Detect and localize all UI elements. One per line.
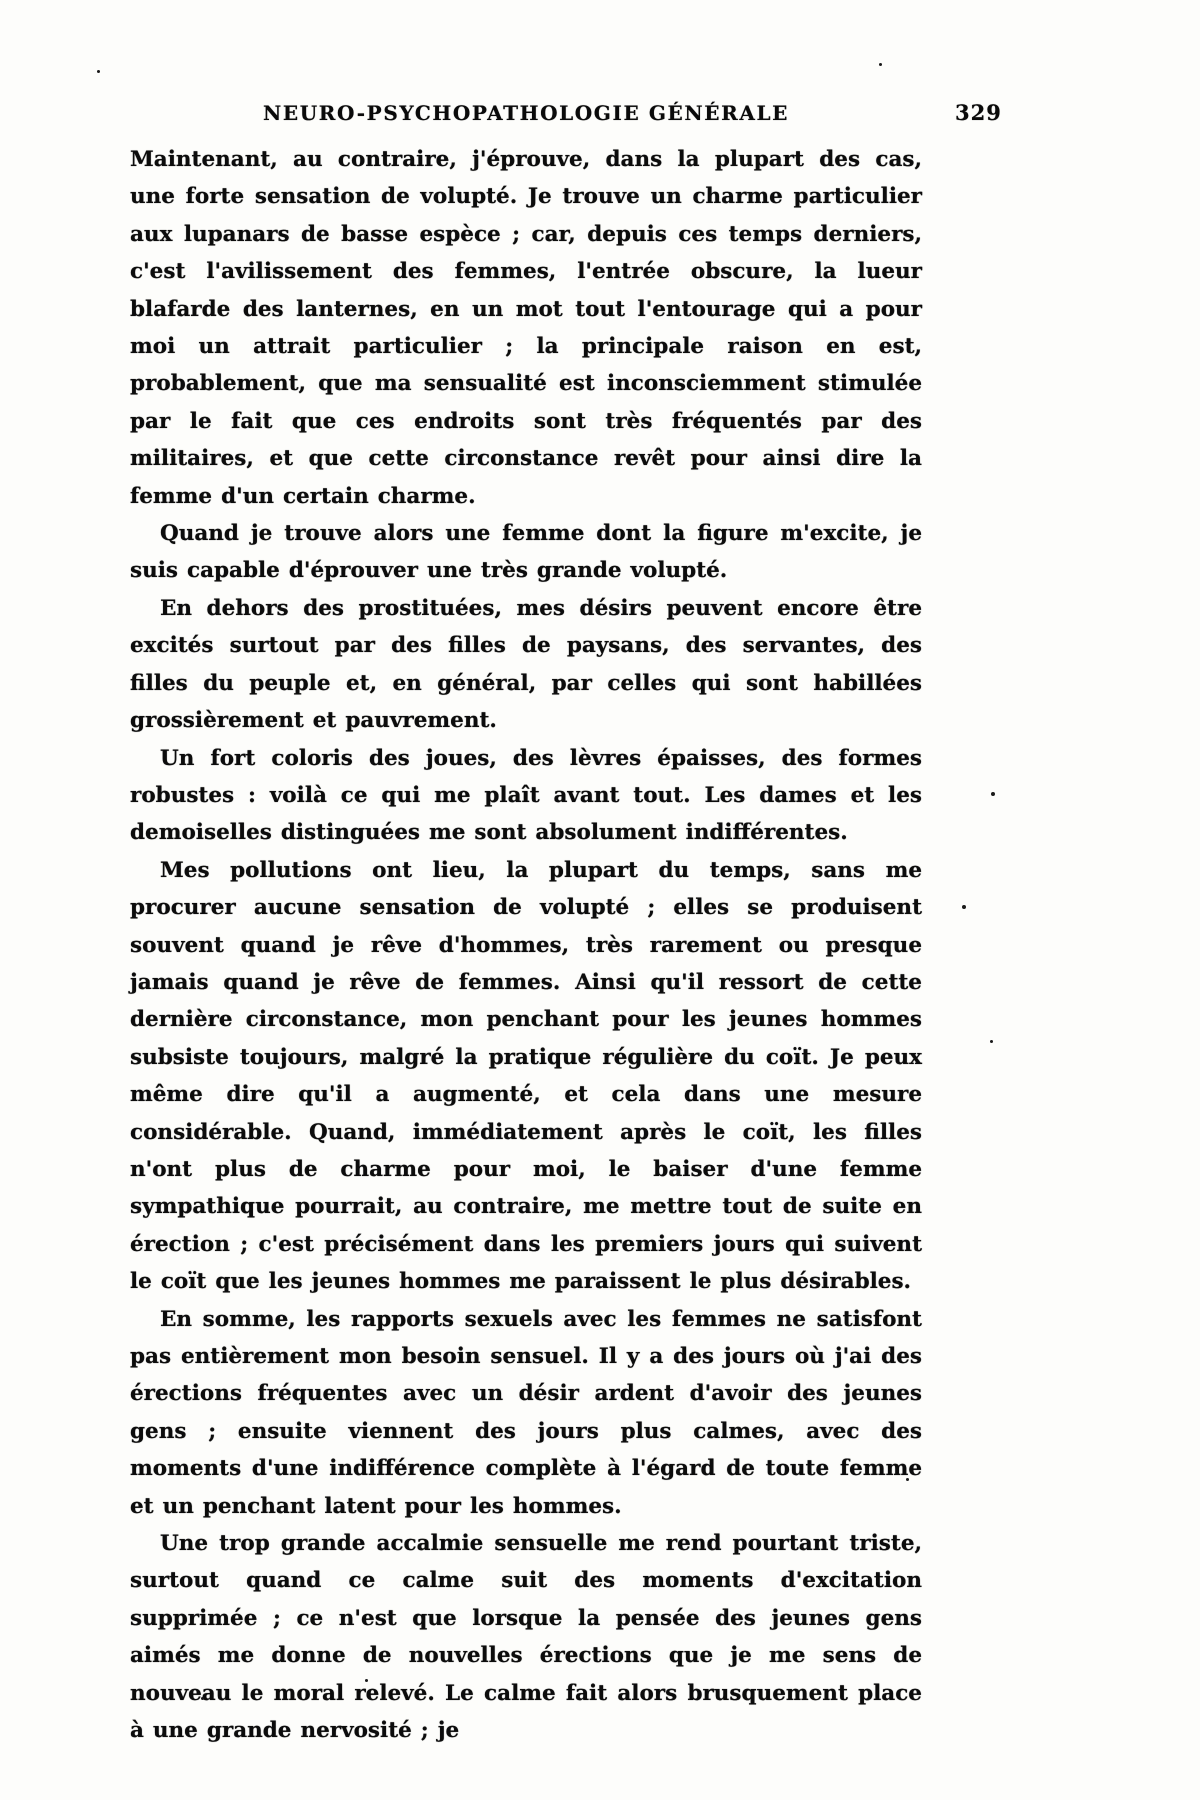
scan-speck — [991, 792, 995, 796]
paragraph: En somme, les rapports sexuels avec les … — [130, 1301, 922, 1525]
paragraph: Mes pollutions ont lieu, la plupart du t… — [130, 852, 922, 1301]
scan-speck — [97, 70, 100, 73]
scan-speck — [365, 1679, 368, 1682]
scan-speck — [201, 1697, 204, 1700]
scan-speck — [879, 63, 882, 66]
paragraph: Un fort coloris des joues, des lèvres ép… — [130, 740, 922, 852]
paragraph: Une trop grande accalmie sensuelle me re… — [130, 1525, 922, 1749]
book-page: NEURO-PSYCHOPATHOLOGIE GÉNÉRALE 329 Main… — [0, 0, 1200, 1800]
running-title: NEURO-PSYCHOPATHOLOGIE GÉNÉRALE — [130, 101, 922, 125]
page-number: 329 — [955, 100, 1002, 125]
scan-speck — [962, 905, 966, 909]
paragraph: En dehors des prostituées, mes désirs pe… — [130, 590, 922, 740]
scan-speck — [906, 1478, 909, 1481]
text-block: Maintenant, au contraire, j'éprouve, dan… — [130, 141, 922, 1749]
paragraph: Quand je trouve alors une femme dont la … — [130, 515, 922, 590]
scan-speck — [990, 1040, 993, 1043]
paragraph: Maintenant, au contraire, j'éprouve, dan… — [130, 141, 922, 515]
